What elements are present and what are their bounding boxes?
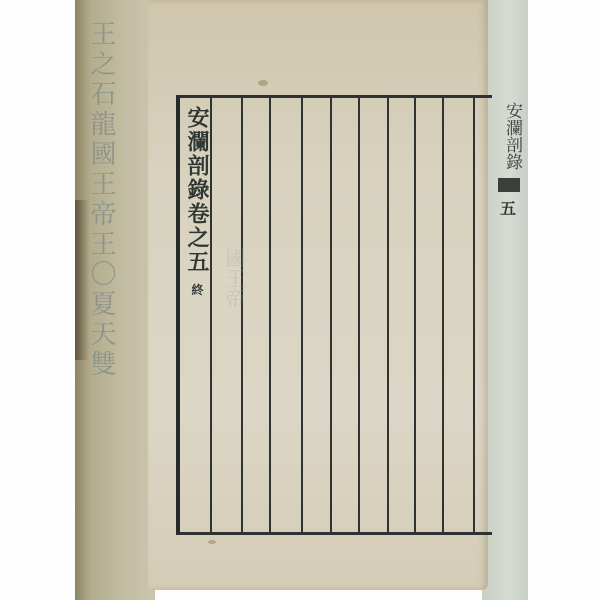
title-suffix: 終 — [190, 284, 204, 298]
title-text: 安瀾剖錄卷之五 — [184, 106, 210, 274]
column-rule — [473, 98, 475, 532]
printed-frame: 國王帝 安瀾剖錄卷之五 終 安瀾剖錄 五 — [176, 95, 492, 535]
fishtail-mark — [498, 178, 520, 192]
bleed-through-text: 國王帝 — [220, 248, 249, 308]
fore-edge-title: 安瀾剖錄 — [500, 102, 525, 170]
book-photo: 王之石龍國王帝王〇夏天雙 國王帝 安瀾剖錄卷之五 終 安瀾剖錄 五 — [0, 0, 600, 600]
volume-title: 安瀾剖錄卷之五 終 — [182, 106, 213, 298]
fore-edge-volume: 五 — [500, 196, 516, 219]
column-rule — [269, 98, 271, 532]
right-page: 國王帝 安瀾剖錄卷之五 終 安瀾剖錄 五 — [148, 0, 488, 590]
left-page: 王之石龍國王帝王〇夏天雙 — [75, 0, 155, 600]
column-rule — [414, 98, 416, 532]
column-rule — [330, 98, 332, 532]
column-rule — [301, 98, 303, 532]
stain — [208, 540, 216, 544]
column-rule — [358, 98, 360, 532]
stain — [258, 80, 268, 86]
left-page-text: 王之石龍國王帝王〇夏天雙 — [83, 20, 120, 380]
column-rule — [387, 98, 389, 532]
column-rule — [241, 98, 243, 532]
column-rule — [442, 98, 444, 532]
